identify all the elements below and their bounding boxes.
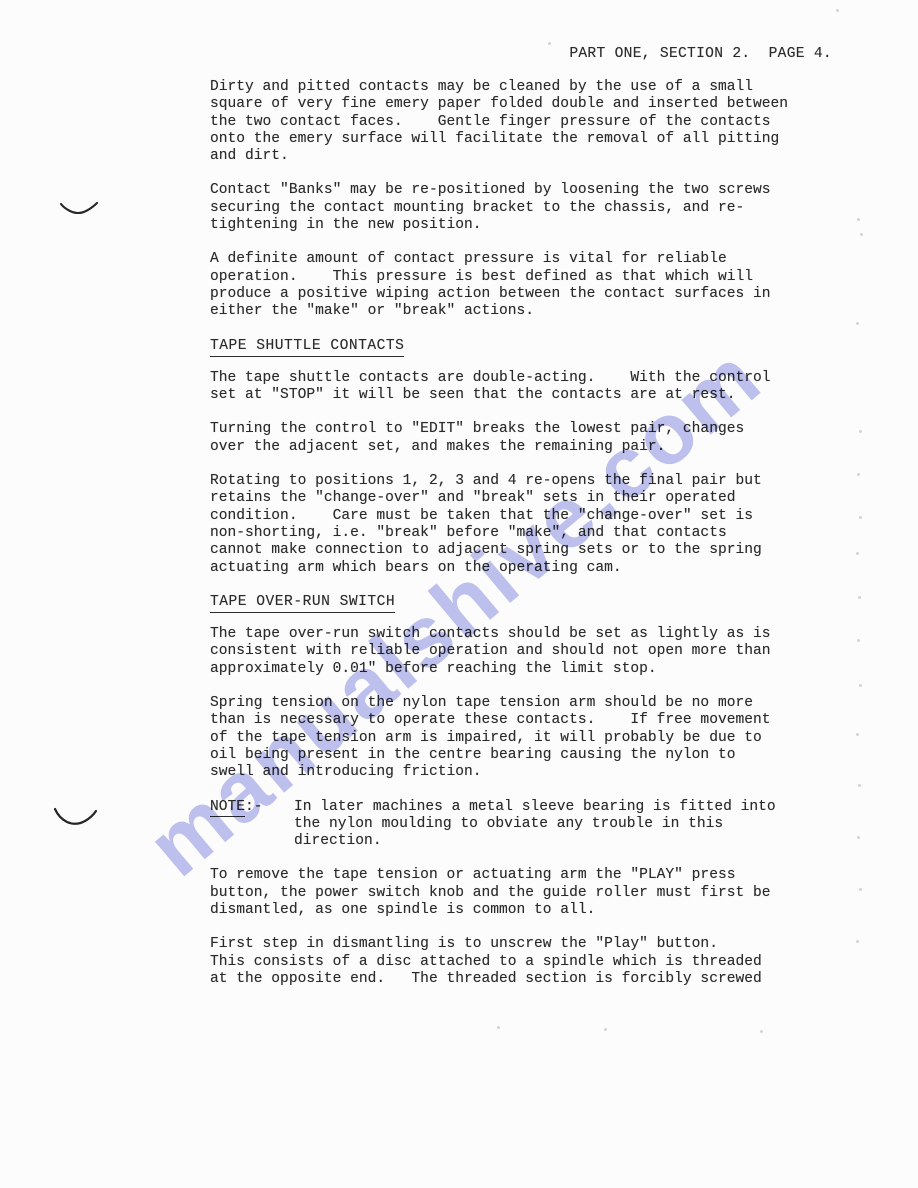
paragraph: To remove the tape tension or actuating … bbox=[210, 867, 830, 919]
document-body: Dirty and pitted contacts may be cleaned… bbox=[210, 79, 830, 1005]
scan-speck bbox=[859, 430, 862, 433]
section-heading: TAPE OVER-RUN SWITCH bbox=[210, 594, 830, 613]
scan-speck bbox=[859, 684, 862, 687]
scan-speck bbox=[858, 596, 861, 599]
scan-speck bbox=[856, 322, 859, 325]
scan-speck bbox=[497, 1026, 500, 1029]
note-block: NOTE:-In later machines a metal sleeve b… bbox=[210, 799, 830, 851]
section-heading-text: TAPE OVER-RUN SWITCH bbox=[210, 594, 395, 613]
paragraph: Contact "Banks" may be re-positioned by … bbox=[210, 182, 830, 234]
scan-speck bbox=[857, 218, 860, 221]
scan-speck bbox=[857, 473, 860, 476]
scan-speck bbox=[859, 516, 862, 519]
scan-speck bbox=[860, 233, 863, 236]
note-label-word: NOTE bbox=[210, 799, 245, 817]
scan-speck bbox=[836, 9, 839, 12]
section-heading-text: TAPE SHUTTLE CONTACTS bbox=[210, 338, 404, 357]
note-label: NOTE:- bbox=[210, 799, 294, 851]
paragraph: Rotating to positions 1, 2, 3 and 4 re-o… bbox=[210, 473, 830, 577]
scan-speck bbox=[856, 940, 859, 943]
scan-speck bbox=[604, 1028, 607, 1031]
scan-speck bbox=[859, 888, 862, 891]
paragraph: Turning the control to "EDIT" breaks the… bbox=[210, 421, 830, 456]
scan-speck bbox=[858, 784, 861, 787]
paragraph: Dirty and pitted contacts may be cleaned… bbox=[210, 79, 830, 165]
scan-speck bbox=[857, 836, 860, 839]
note-label-separator: :- bbox=[245, 799, 263, 815]
paragraph: Spring tension on the nylon tape tension… bbox=[210, 695, 830, 781]
scan-speck bbox=[760, 1030, 763, 1033]
paragraph: First step in dismantling is to unscrew … bbox=[210, 936, 830, 988]
scan-speck bbox=[856, 733, 859, 736]
scan-speck bbox=[548, 42, 551, 45]
handwritten-check-mark bbox=[52, 802, 100, 830]
scan-speck bbox=[856, 552, 859, 555]
paragraph: The tape over-run switch contacts should… bbox=[210, 626, 830, 678]
paragraph: The tape shuttle contacts are double-act… bbox=[210, 370, 830, 405]
handwritten-check-mark bbox=[58, 196, 102, 220]
note-text: In later machines a metal sleeve bearing… bbox=[294, 799, 830, 851]
paragraph: A definite amount of contact pressure is… bbox=[210, 251, 830, 320]
scanned-document-page: PART ONE, SECTION 2. PAGE 4. Dirty and p… bbox=[0, 0, 918, 1188]
scan-speck bbox=[857, 639, 860, 642]
page-header: PART ONE, SECTION 2. PAGE 4. bbox=[569, 46, 832, 62]
section-heading: TAPE SHUTTLE CONTACTS bbox=[210, 338, 830, 357]
